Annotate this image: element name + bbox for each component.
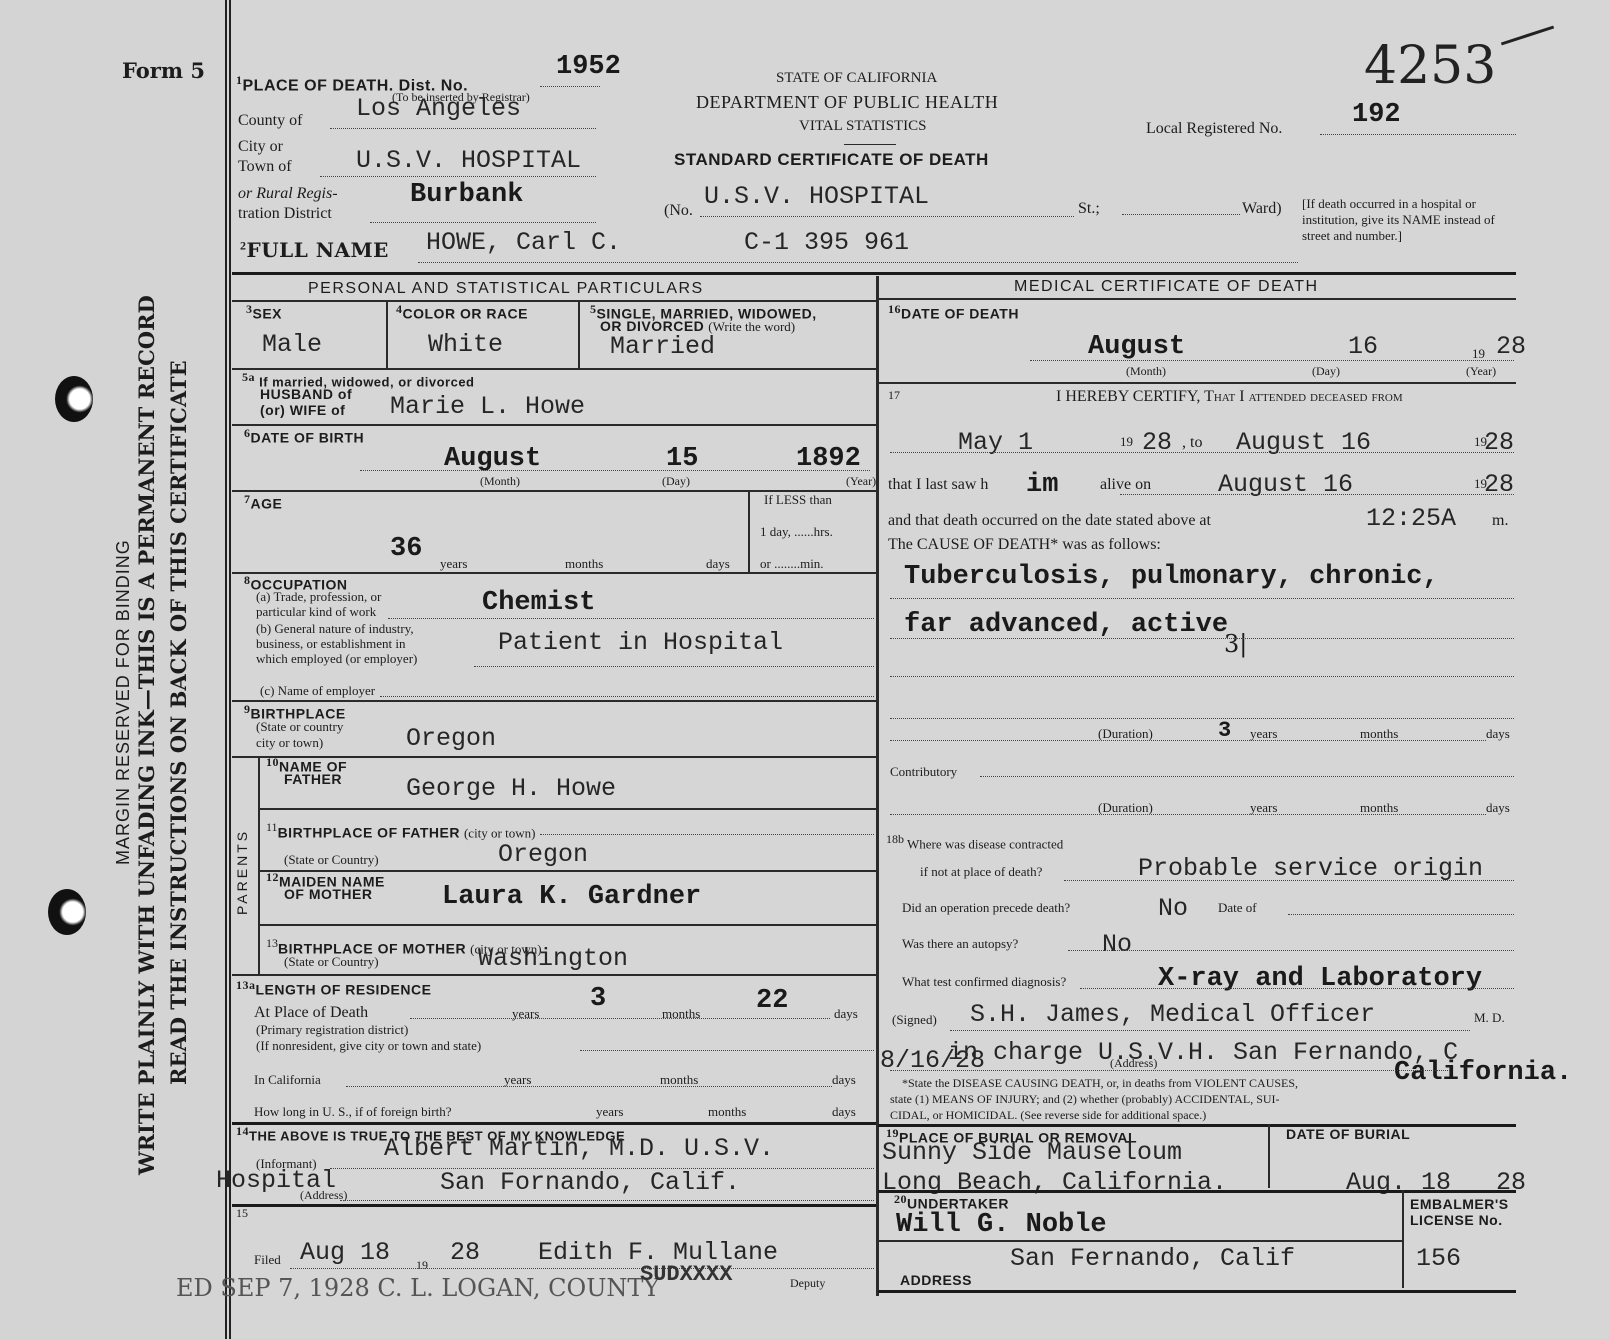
residence-primary: (Primary registration district) (256, 1022, 408, 1038)
county-value: Los Angeles (356, 94, 521, 123)
address-label: ADDRESS (900, 1272, 972, 1288)
death-time: 12:25A (1366, 504, 1456, 533)
department-title: DEPARTMENT OF PUBLIC HEALTH (696, 92, 998, 113)
birthplace-value: Oregon (406, 724, 496, 753)
street-label: (No. (664, 202, 693, 220)
residence-place-label: At Place of Death (254, 1004, 368, 1022)
undertaker-label: 20UNDERTAKER (894, 1192, 1009, 1212)
residence-days: 22 (756, 986, 788, 1016)
certificate-title: STANDARD CERTIFICATE OF DEATH (674, 150, 989, 170)
street-suffix: St.; (1078, 200, 1100, 218)
us-months-word: months (708, 1104, 746, 1120)
duration-days-word: days (1486, 726, 1510, 742)
test-value: X-ray and Laboratory (1158, 964, 1482, 994)
alive-on-label: alive on (1100, 476, 1151, 494)
undertaker-value: Will G. Noble (896, 1210, 1107, 1240)
occ-b-label-2: business, or establishment in (256, 636, 406, 652)
father-value: George H. Howe (406, 774, 616, 803)
division-title: VITAL STATISTICS (799, 118, 926, 135)
md-label: M. D. (1474, 1010, 1505, 1026)
contracted-label-2: if not at place of death? (920, 864, 1042, 880)
hospital-note: [If death occurred in a hospital or inst… (1302, 196, 1516, 244)
form-number: Form 5 (122, 58, 205, 83)
rural-district-label-2: tration District (238, 205, 332, 223)
from-year-prefix: 19 (1120, 434, 1133, 450)
occ-a-label: (a) Trade, profession, or (256, 589, 381, 605)
informant-address: San Fornando, Calif. (440, 1168, 740, 1197)
margin-divider (225, 0, 231, 1339)
dod-label: 16DATE OF DEATH (888, 302, 1019, 322)
race-value: White (428, 330, 503, 359)
dod-month-caption: (Month) (1126, 364, 1166, 379)
days-word: days (706, 556, 730, 572)
dod-month: August (1088, 332, 1185, 362)
embalmer-label: EMBALMER'S (1410, 1196, 1509, 1212)
stamp-overprint: SUDXXXX (640, 1262, 732, 1287)
check-mark-icon (1501, 26, 1554, 46)
residence-days-word: days (834, 1006, 858, 1022)
county-label: County of (238, 112, 302, 130)
operation-label: Did an operation precede death? (902, 900, 1070, 916)
ca-days-word: days (832, 1072, 856, 1088)
us-years-word: years (596, 1104, 623, 1120)
city-value: U.S.V. HOSPITAL (356, 146, 581, 175)
residence-months: 3 (590, 984, 606, 1014)
instructions-note: READ THE INSTRUCTIONS ON BACK OF THIS CE… (166, 360, 191, 1085)
city-label-2: Town of (238, 158, 292, 176)
parents-label: PARENTS (234, 829, 250, 915)
age-years: 36 (390, 534, 422, 564)
father-birthplace-value: Oregon (498, 840, 588, 869)
autopsy-value: No (1102, 930, 1132, 959)
cause-handwritten-mark: 3| (1224, 630, 1247, 658)
year-caption: (Year) (846, 474, 876, 489)
employer-label: (c) Name of employer (260, 683, 375, 699)
item-17-marker: 17 (888, 388, 900, 403)
burial-place-1: Sunny Side Mauseloum (882, 1138, 1182, 1167)
claim-number: C-1 395 961 (744, 228, 909, 257)
day-caption: (Day) (662, 474, 690, 489)
contracted-value: Probable service origin (1138, 854, 1483, 883)
birthplace-hint-2: city or town) (256, 735, 323, 751)
race-label: 4COLOR OR RACE (396, 302, 528, 322)
father-birthplace-label: 11BIRTHPLACE OF FATHER (city or town) (266, 820, 535, 842)
district-number: 1952 (556, 52, 621, 82)
ink-note: WRITE PLAINLY WITH UNFADING INK—THIS IS … (134, 295, 159, 1175)
deputy-label: Deputy (790, 1276, 825, 1291)
cause-line-1: Tuberculosis, pulmonary, chronic, (904, 562, 1439, 592)
informant-value: Albert Martin, M.D. U.S.V. (384, 1134, 774, 1163)
dob-label: 6DATE OF BIRTH (244, 426, 364, 446)
autopsy-label: Was there an autopsy? (902, 936, 1018, 952)
punch-hole-icon (48, 889, 86, 935)
city-label: City or (238, 138, 283, 156)
mother-birthplace-value: Washington (478, 944, 628, 973)
filed-date: Aug 18 (300, 1238, 390, 1267)
contracted-label: 18b Where was disease contracted (886, 832, 1063, 852)
state-or-country-caption: (State or Country) (284, 852, 379, 868)
ward-label: Ward) (1242, 200, 1282, 218)
age-label: 7AGE (244, 492, 282, 512)
file-number: 4253 (1364, 36, 1496, 96)
years-word: years (440, 556, 467, 572)
received-stamp: ED SEP 7, 1928 C. L. LOGAN, COUNTY (176, 1274, 659, 1302)
signature-address-2: California. (1394, 1058, 1572, 1088)
full-name-label: 2FULL NAME (240, 238, 389, 262)
time-label: and that death occurred on the date stat… (888, 512, 1211, 530)
rural-district-label: or Rural Regis- (238, 185, 338, 203)
personal-section-title: PERSONAL AND STATISTICAL PARTICULARS (308, 280, 704, 298)
cause-line-2: far advanced, active (904, 610, 1228, 640)
local-reg-number: 192 (1352, 100, 1401, 130)
dod-day: 16 (1348, 332, 1378, 361)
binding-margin: Form 5 MARGIN RESERVED FOR BINDING WRITE… (0, 0, 225, 1339)
occ-a-label-2: particular kind of work (256, 604, 376, 620)
rural-district-value: Burbank (410, 180, 523, 210)
in-us-label: How long in U. S., if of foreign birth? (254, 1104, 452, 1120)
certify-text: I HEREBY CERTIFY, That I attended deceas… (1056, 388, 1403, 406)
spouse-value: Marie L. Howe (390, 392, 585, 421)
embalmer-license: 156 (1416, 1244, 1461, 1273)
filed-label: Filed (254, 1252, 281, 1268)
marital-value: Married (610, 332, 715, 361)
filed-year-prefix: 19 (416, 1258, 428, 1273)
us-days-word: days (832, 1104, 856, 1120)
mother-label-2: OF MOTHER (284, 886, 373, 902)
contributory-label: Contributory (890, 764, 957, 780)
less-than-min: or ........min. (760, 556, 824, 572)
industry-value: Patient in Hospital (498, 628, 783, 657)
test-label: What test confirmed diagnosis? (902, 974, 1066, 990)
dod-day-caption: (Day) (1312, 364, 1340, 379)
residence-label: 13aLENGTH OF RESIDENCE (236, 978, 431, 998)
months-word: months (565, 556, 603, 572)
filed-year: 28 (450, 1238, 480, 1267)
operation-value: No (1158, 894, 1188, 923)
cause-label: The CAUSE OF DEATH* was as follows: (888, 536, 1161, 554)
footnote-line-2: state (1) MEANS OF INJURY; and (2) wheth… (890, 1092, 1280, 1107)
occ-b-label-3: which employed (or employer) (256, 651, 417, 667)
death-certificate: Form 5 MARGIN RESERVED FOR BINDING WRITE… (0, 0, 1609, 1339)
in-california-label: In California (254, 1072, 321, 1088)
burial-date-label: DATE OF BURIAL (1286, 1126, 1410, 1142)
last-saw-label: that I last saw h (888, 476, 988, 494)
spouse-label: HUSBAND of (260, 386, 352, 402)
less-than-hrs: 1 day, ......hrs. (760, 524, 833, 540)
street-value: U.S.V. HOSPITAL (704, 182, 929, 211)
dod-year: 28 (1496, 332, 1526, 361)
sex-value: Male (262, 330, 322, 359)
physician-signature: S.H. James, Medical Officer (970, 1000, 1375, 1029)
last-saw-pronoun: im (1026, 470, 1058, 500)
mother-value: Laura K. Gardner (442, 882, 701, 912)
to-word: , to (1182, 434, 1202, 452)
operation-date-label: Date of (1218, 900, 1257, 916)
time-suffix: m. (1492, 512, 1508, 530)
item-15-marker: 15 (236, 1206, 248, 1221)
father-label-2: FATHER (284, 771, 342, 787)
signed-label: (Signed) (892, 1012, 937, 1028)
footnote-line-3: CIDAL, or HOMICIDAL. (See reverse side f… (890, 1108, 1206, 1123)
occupation-value: Chemist (482, 588, 595, 618)
residence-nonresident: (If nonresident, give city or town and s… (256, 1038, 481, 1054)
residence-years-word: years (512, 1006, 539, 1022)
sex-label: 3SEX (246, 302, 282, 322)
dod-year-caption: (Year) (1466, 364, 1496, 379)
spouse-label-2: (or) WIFE of (260, 402, 345, 418)
punch-hole-icon (55, 376, 93, 422)
footnote-line-1: *State the DISEASE CAUSING DEATH, or, in… (902, 1076, 1298, 1091)
signature-address: in charge U.S.V.H. San Fernando, C (948, 1038, 1458, 1067)
less-than-note: If LESS than (764, 492, 832, 508)
binding-note: MARGIN RESERVED FOR BINDING (113, 539, 134, 865)
month-caption: (Month) (480, 474, 520, 489)
local-reg-label: Local Registered No. (1146, 120, 1282, 138)
undertaker-address: San Fernando, Calif (1010, 1244, 1295, 1273)
duration-days-word-2: days (1486, 800, 1510, 816)
state-title: STATE OF CALIFORNIA (776, 70, 937, 87)
occ-b-label: (b) General nature of industry, (256, 621, 414, 637)
medical-section-title: MEDICAL CERTIFICATE OF DEATH (1014, 278, 1319, 296)
residence-months-word: months (662, 1006, 700, 1022)
embalmer-label-2: LICENSE No. (1410, 1212, 1503, 1228)
state-or-country-caption-2: (State or Country) (284, 954, 379, 970)
full-name-value: HOWE, Carl C. (426, 228, 621, 257)
birthplace-hint: (State or country (256, 719, 343, 735)
